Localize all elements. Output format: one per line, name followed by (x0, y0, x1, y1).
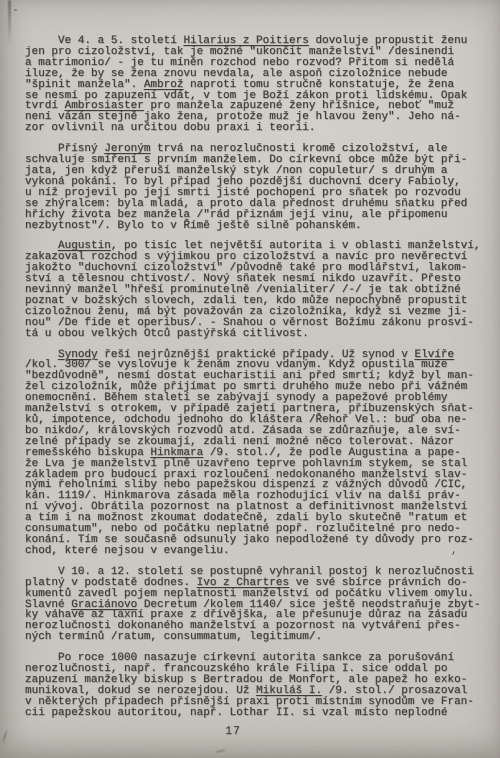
text-line: ných termínů /ratum, consummatum, legiti… (25, 632, 487, 643)
text-line: chod, které nejsou v evangeliu. (25, 546, 487, 557)
text-line: nezbytnost"/. Bylo to v Římě ještě silně… (25, 221, 487, 232)
text-line: cii papežskou autoritou, např. Lothar II… (25, 708, 487, 719)
paragraph: V 10. a 12. století se postupně vyhranil… (25, 567, 487, 643)
scan-edge-mark (8, 0, 11, 46)
paragraph: Augustin, po tisíc let největší autorita… (25, 241, 487, 339)
paragraph: Ve 4. a 5. století Hilarius z Poitiers d… (25, 36, 487, 134)
page-number: 17 (0, 725, 466, 738)
ink-smudge (216, 749, 225, 753)
ink-speck (14, 9, 17, 11)
scanned-page: Ve 4. a 5. století Hilarius z Poitiers d… (0, 0, 500, 758)
stray-ink-mark: , (451, 545, 458, 557)
text-line: zor ovlivnil na určitou dobu praxi i teo… (25, 123, 487, 134)
paragraph: Synody řeší nejrůznější praktické případ… (25, 350, 487, 557)
paragraph: Po roce 1000 nasazuje církevní autorita … (25, 653, 487, 718)
paragraph: Přísný Jeroným trvá na nerozlučnosti kro… (25, 144, 487, 231)
document-body: Ve 4. a 5. století Hilarius z Poitiers d… (25, 36, 487, 719)
text-line: tá u obou velkých Otců pastýřská citlivo… (25, 329, 487, 340)
